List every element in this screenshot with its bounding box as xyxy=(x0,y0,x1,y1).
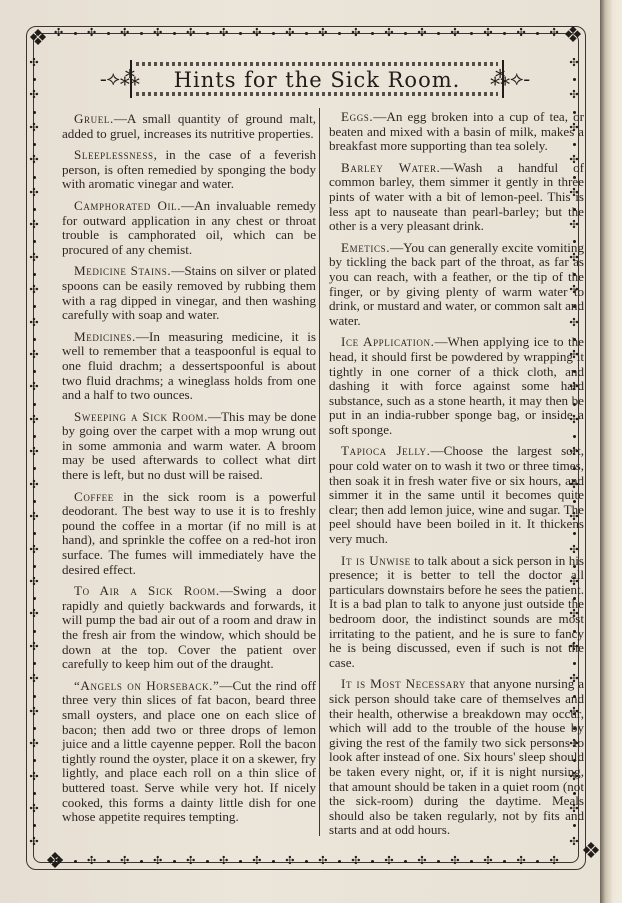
book-page: ✣✣✣✣✣✣✣✣✣✣✣✣✣✣✣✣ ✣✣✣✣✣✣✣✣✣✣✣✣✣✣✣✣ ✣✣✣✣✣✣… xyxy=(0,0,600,903)
border-ornament-icon: ✣ xyxy=(87,856,96,867)
border-dot xyxy=(536,32,539,35)
wavy-rule-bottom xyxy=(136,92,498,96)
paragraph-text: —Choose the largest sort, pour cold wate… xyxy=(329,443,584,546)
article-paragraph: Ice Application.—When applying ice to th… xyxy=(329,335,584,437)
border-ornament-icon: ✣ xyxy=(318,856,327,867)
border-dot xyxy=(33,403,36,406)
border-dot xyxy=(107,860,110,863)
border-ornament-icon: ✣ xyxy=(450,856,459,867)
border-dot xyxy=(206,860,209,863)
article-paragraph: Coffee in the sick room is a powerful de… xyxy=(62,490,316,578)
corner-ornament-top-left: ❖ xyxy=(25,25,51,51)
border-dot xyxy=(404,860,407,863)
column-divider xyxy=(319,108,320,836)
left-column: Gruel.—A small quantity of ground malt, … xyxy=(62,112,316,832)
border-dot xyxy=(74,860,77,863)
paragraph-heading: Emetics. xyxy=(341,240,390,255)
article-paragraph: Medicines.—In measuring medicine, it is … xyxy=(62,330,316,403)
border-ornament-icon: ✣ xyxy=(29,155,38,166)
border-dot xyxy=(33,78,36,81)
paragraph-text: that anyone nursing a sick person should… xyxy=(329,676,584,837)
border-ornament-icon: ✣ xyxy=(384,28,393,39)
article-paragraph: Sweeping a Sick Room.—This may be done b… xyxy=(62,410,316,483)
border-ornament-icon: ✣ xyxy=(549,28,558,39)
border-ornament-icon: ✣ xyxy=(351,28,360,39)
border-dot xyxy=(74,32,77,35)
border-dot xyxy=(272,32,275,35)
title-box: Hints for the Sick Room. xyxy=(130,60,504,98)
article-paragraph: “Angels on Horseback.”—Cut the rind off … xyxy=(62,679,316,825)
title-banner: -⟡⁂ Hints for the Sick Room. ⁂⟡- xyxy=(100,55,530,105)
article-paragraph: It is Unwise to talk about a sick person… xyxy=(329,554,584,671)
article-paragraph: Tapioca Jelly.—Choose the largest sort, … xyxy=(329,444,584,546)
border-dot xyxy=(371,860,374,863)
paragraph-heading: Barley Water. xyxy=(341,160,440,175)
border-dot xyxy=(272,860,275,863)
border-dot xyxy=(536,860,539,863)
book-spine-shadow xyxy=(600,0,622,903)
border-ornament-icon: ✣ xyxy=(569,58,578,69)
border-ornament-icon: ✣ xyxy=(29,253,38,264)
border-ornament-icon: ✣ xyxy=(516,856,525,867)
border-ornament-icon: ✣ xyxy=(186,28,195,39)
border-ornament-icon: ✣ xyxy=(29,642,38,653)
border-dot xyxy=(470,860,473,863)
border-ornament-icon: ✣ xyxy=(29,804,38,815)
border-dot xyxy=(140,32,143,35)
border-dot xyxy=(33,338,36,341)
border-dot xyxy=(470,32,473,35)
article-paragraph: Emetics.—You can generally excite vomiti… xyxy=(329,241,584,329)
border-ornament-icon: ✣ xyxy=(450,28,459,39)
border-dot xyxy=(206,32,209,35)
border-ornament-icon: ✣ xyxy=(29,415,38,426)
border-dot xyxy=(33,208,36,211)
paragraph-heading: It is Unwise xyxy=(341,553,411,568)
border-ornament-icon: ✣ xyxy=(29,350,38,361)
paragraph-heading: Tapioca Jelly. xyxy=(341,443,431,458)
border-dot xyxy=(33,565,36,568)
border-ornament-icon: ✣ xyxy=(29,837,38,848)
border-ornament-icon: ✣ xyxy=(120,856,129,867)
border-ornament-icon: ✣ xyxy=(384,856,393,867)
paragraph-heading: To Air a Sick Room. xyxy=(74,583,220,598)
border-ornament-icon: ✣ xyxy=(29,90,38,101)
border-dot xyxy=(239,32,242,35)
border-dot xyxy=(33,305,36,308)
border-dot xyxy=(338,32,341,35)
border-ornament-icon: ✣ xyxy=(87,28,96,39)
paragraph-heading: Sweeping a Sick Room. xyxy=(74,409,208,424)
border-ornament-icon: ✣ xyxy=(29,512,38,523)
article-paragraph: Camphorated Oil.—An invaluable remedy fo… xyxy=(62,199,316,257)
border-ornament-icon: ✣ xyxy=(252,856,261,867)
border-dot xyxy=(33,467,36,470)
border-ornament-icon: ✣ xyxy=(29,188,38,199)
border-ornament-icon: ✣ xyxy=(120,28,129,39)
border-dot xyxy=(33,435,36,438)
border-dot xyxy=(371,32,374,35)
bottom-border-ornament: ✣✣✣✣✣✣✣✣✣✣✣✣✣✣✣✣ xyxy=(54,855,559,867)
paragraph-heading: Gruel. xyxy=(74,111,114,126)
border-dot xyxy=(437,32,440,35)
border-dot xyxy=(33,176,36,179)
border-dot xyxy=(173,860,176,863)
flourish-right-icon: ⁂⟡- xyxy=(490,66,530,91)
border-ornament-icon: ✣ xyxy=(351,856,360,867)
border-ornament-icon: ✣ xyxy=(29,447,38,458)
paragraph-heading: Eggs. xyxy=(341,109,373,124)
border-dot xyxy=(33,240,36,243)
right-column: Eggs.—An egg broken into a cup of tea, o… xyxy=(329,110,584,845)
border-ornament-icon: ✣ xyxy=(153,856,162,867)
paragraph-heading: Medicine Stains. xyxy=(74,263,171,278)
article-paragraph: Eggs.—An egg broken into a cup of tea, o… xyxy=(329,110,584,154)
border-ornament-icon: ✣ xyxy=(29,609,38,620)
border-dot xyxy=(338,860,341,863)
border-ornament-icon: ✣ xyxy=(153,28,162,39)
border-dot xyxy=(239,860,242,863)
border-dot xyxy=(33,143,36,146)
border-dot xyxy=(33,824,36,827)
border-dot xyxy=(33,370,36,373)
border-ornament-icon: ✣ xyxy=(186,856,195,867)
border-dot xyxy=(33,662,36,665)
paragraph-heading: It is Most Necessary xyxy=(341,676,466,691)
border-ornament-icon: ✣ xyxy=(219,28,228,39)
border-ornament-icon: ✣ xyxy=(252,28,261,39)
border-ornament-icon: ✣ xyxy=(516,28,525,39)
border-dot xyxy=(107,32,110,35)
article-paragraph: Gruel.—A small quantity of ground malt, … xyxy=(62,112,316,141)
border-ornament-icon: ✣ xyxy=(285,28,294,39)
border-ornament-icon: ✣ xyxy=(29,772,38,783)
border-ornament-icon: ✣ xyxy=(483,856,492,867)
border-dot xyxy=(33,727,36,730)
border-ornament-icon: ✣ xyxy=(219,856,228,867)
border-ornament-icon: ✣ xyxy=(417,28,426,39)
border-ornament-icon: ✣ xyxy=(29,58,38,69)
paragraph-heading: Ice Application. xyxy=(341,334,434,349)
border-ornament-icon: ✣ xyxy=(29,220,38,231)
border-ornament-icon: ✣ xyxy=(29,382,38,393)
article-paragraph: Sleeplessness, in the case of a feverish… xyxy=(62,148,316,192)
article-paragraph: It is Most Necessary that anyone nursing… xyxy=(329,677,584,838)
paragraph-heading: Sleeplessness xyxy=(74,147,154,162)
border-ornament-icon: ✣ xyxy=(29,285,38,296)
border-dot xyxy=(33,759,36,762)
border-ornament-icon: ✣ xyxy=(29,318,38,329)
border-dot xyxy=(33,597,36,600)
border-dot xyxy=(33,500,36,503)
border-dot xyxy=(305,32,308,35)
border-dot xyxy=(173,32,176,35)
border-dot xyxy=(33,532,36,535)
border-ornament-icon: ✣ xyxy=(29,707,38,718)
border-dot xyxy=(573,78,576,81)
article-paragraph: Barley Water.—Wash a handful of common b… xyxy=(329,161,584,234)
left-border-ornament: ✣✣✣✣✣✣✣✣✣✣✣✣✣✣✣✣✣✣✣✣✣✣✣✣✣ xyxy=(28,58,40,848)
border-ornament-icon: ✣ xyxy=(569,90,578,101)
paragraph-heading: Coffee xyxy=(74,489,114,504)
border-dot xyxy=(33,792,36,795)
border-ornament-icon: ✣ xyxy=(54,28,63,39)
paragraph-text: to talk about a sick person in his prese… xyxy=(329,553,584,670)
article-paragraph: To Air a Sick Room.—Swing a door rapidly… xyxy=(62,584,316,672)
paragraph-text: —When applying ice to the head, it shoul… xyxy=(329,334,584,437)
border-dot xyxy=(503,860,506,863)
border-ornament-icon: ✣ xyxy=(29,577,38,588)
border-dot xyxy=(140,860,143,863)
border-dot xyxy=(33,273,36,276)
paragraph-heading: “Angels on Horseback.” xyxy=(74,678,219,693)
border-dot xyxy=(437,860,440,863)
border-ornament-icon: ✣ xyxy=(318,28,327,39)
border-dot xyxy=(503,32,506,35)
paragraph-heading: Medicines. xyxy=(74,329,136,344)
paragraph-text: —Cut the rind off three very thin slices… xyxy=(62,678,316,824)
border-dot xyxy=(305,860,308,863)
border-ornament-icon: ✣ xyxy=(29,545,38,556)
border-dot xyxy=(404,32,407,35)
border-ornament-icon: ✣ xyxy=(29,739,38,750)
border-ornament-icon: ✣ xyxy=(417,856,426,867)
border-dot xyxy=(33,111,36,114)
paragraph-heading: Camphorated Oil. xyxy=(74,198,181,213)
border-ornament-icon: ✣ xyxy=(285,856,294,867)
border-ornament-icon: ✣ xyxy=(29,123,38,134)
border-dot xyxy=(33,630,36,633)
article-paragraph: Medicine Stains.—Stains on silver or pla… xyxy=(62,264,316,322)
corner-ornament-top-right: ❖ xyxy=(560,22,586,48)
page-title: Hints for the Sick Room. xyxy=(132,68,502,92)
border-ornament-icon: ✣ xyxy=(483,28,492,39)
top-border-ornament: ✣✣✣✣✣✣✣✣✣✣✣✣✣✣✣✣ xyxy=(54,27,559,39)
border-dot xyxy=(33,695,36,698)
wavy-rule-top xyxy=(136,62,498,66)
border-ornament-icon: ✣ xyxy=(29,480,38,491)
border-ornament-icon: ✣ xyxy=(29,674,38,685)
corner-ornament-bottom-left: ❖ xyxy=(42,848,68,874)
border-ornament-icon: ✣ xyxy=(549,856,558,867)
